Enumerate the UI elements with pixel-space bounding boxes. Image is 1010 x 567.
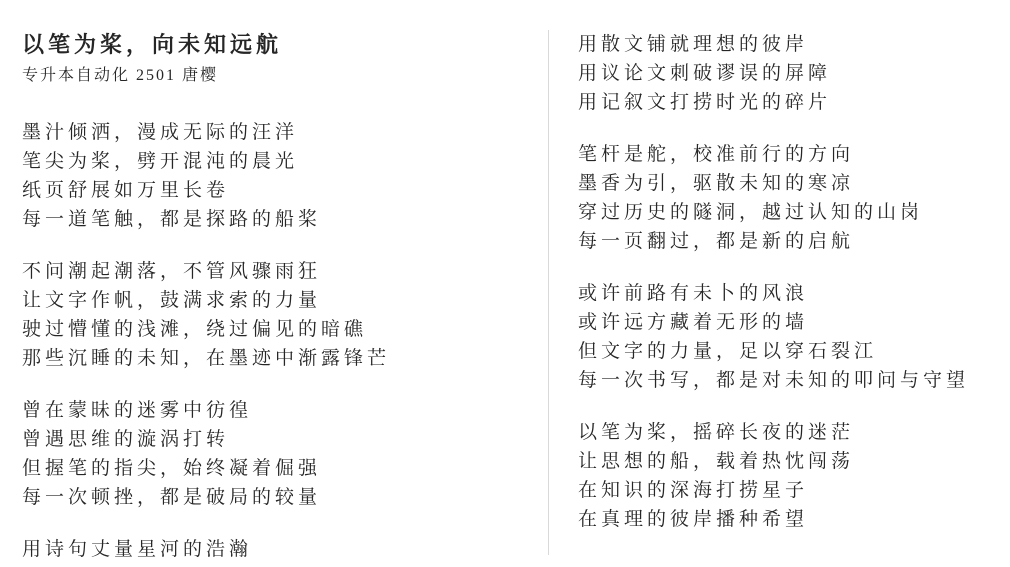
poem-line: 用散文铺就理想的彼岸 [578,30,1010,59]
poem-line: 让文字作帆，鼓满求索的力量 [22,286,548,315]
poem-line: 或许前路有未卜的风浪 [578,279,1010,308]
poem-line: 每一次书写，都是对未知的叩问与守望 [578,366,1010,395]
column-divider [548,30,549,555]
stanza: 不问潮起潮落，不管风骤雨狂 让文字作帆，鼓满求索的力量 驶过懵懂的浅滩，绕过偏见… [22,257,548,373]
poem-line: 每一次顿挫，都是破局的较量 [22,483,548,512]
poem-line: 但握笔的指尖，始终凝着倔强 [22,454,548,483]
poem-line: 用议论文刺破谬误的屏障 [578,59,1010,88]
poem-line: 穿过历史的隧洞，越过认知的山岗 [578,198,1010,227]
stanza: 墨汁倾洒，漫成无际的汪洋 笔尖为桨，劈开混沌的晨光 纸页舒展如万里长卷 每一道笔… [22,118,548,234]
poem-line: 用诗句丈量星河的浩瀚 [22,535,548,564]
poem-line: 笔尖为桨，劈开混沌的晨光 [22,147,548,176]
poem-line: 那些沉睡的未知，在墨迹中渐露锋芒 [22,344,548,373]
poem-line: 曾遇思维的漩涡打转 [22,425,548,454]
poem-line: 以笔为桨，摇碎长夜的迷茫 [578,418,1010,447]
poem-line: 曾在蒙昧的迷雾中彷徨 [22,396,548,425]
right-column: 用散文铺就理想的彼岸 用议论文刺破谬误的屏障 用记叙文打捞时光的碎片 笔杆是舵，… [548,0,1010,567]
poem-line: 纸页舒展如万里长卷 [22,176,548,205]
left-column: 以笔为桨，向未知远航 专升本自动化 2501 唐樱 墨汁倾洒，漫成无际的汪洋 笔… [0,0,548,567]
poem-line: 用记叙文打捞时光的碎片 [578,88,1010,117]
poem-line: 每一道笔触，都是探路的船桨 [22,205,548,234]
poem-title: 以笔为桨，向未知远航 [22,30,548,60]
poem-line: 在真理的彼岸播种希望 [578,505,1010,534]
document-page: 以笔为桨，向未知远航 专升本自动化 2501 唐樱 墨汁倾洒，漫成无际的汪洋 笔… [0,0,1010,567]
poem-line: 驶过懵懂的浅滩，绕过偏见的暗礁 [22,315,548,344]
poem-line: 让思想的船，载着热忱闯荡 [578,447,1010,476]
stanza: 笔杆是舵，校准前行的方向 墨香为引，驱散未知的寒凉 穿过历史的隧洞，越过认知的山… [578,140,1010,256]
poem-line: 在知识的深海打捞星子 [578,476,1010,505]
stanza: 用散文铺就理想的彼岸 用议论文刺破谬误的屏障 用记叙文打捞时光的碎片 [578,30,1010,117]
stanza: 以笔为桨，摇碎长夜的迷茫 让思想的船，载着热忱闯荡 在知识的深海打捞星子 在真理… [578,418,1010,534]
poem-line: 墨汁倾洒，漫成无际的汪洋 [22,118,548,147]
poem-line: 笔杆是舵，校准前行的方向 [578,140,1010,169]
stanza: 用诗句丈量星河的浩瀚 [22,535,548,564]
stanza: 曾在蒙昧的迷雾中彷徨 曾遇思维的漩涡打转 但握笔的指尖，始终凝着倔强 每一次顿挫… [22,396,548,512]
stanza: 或许前路有未卜的风浪 或许远方藏着无形的墙 但文字的力量，足以穿石裂江 每一次书… [578,279,1010,395]
poem-line: 但文字的力量，足以穿石裂江 [578,337,1010,366]
poem-line: 或许远方藏着无形的墙 [578,308,1010,337]
poem-line: 每一页翻过，都是新的启航 [578,227,1010,256]
poem-line: 墨香为引，驱散未知的寒凉 [578,169,1010,198]
poem-byline: 专升本自动化 2501 唐樱 [22,64,548,88]
poem-line: 不问潮起潮落，不管风骤雨狂 [22,257,548,286]
